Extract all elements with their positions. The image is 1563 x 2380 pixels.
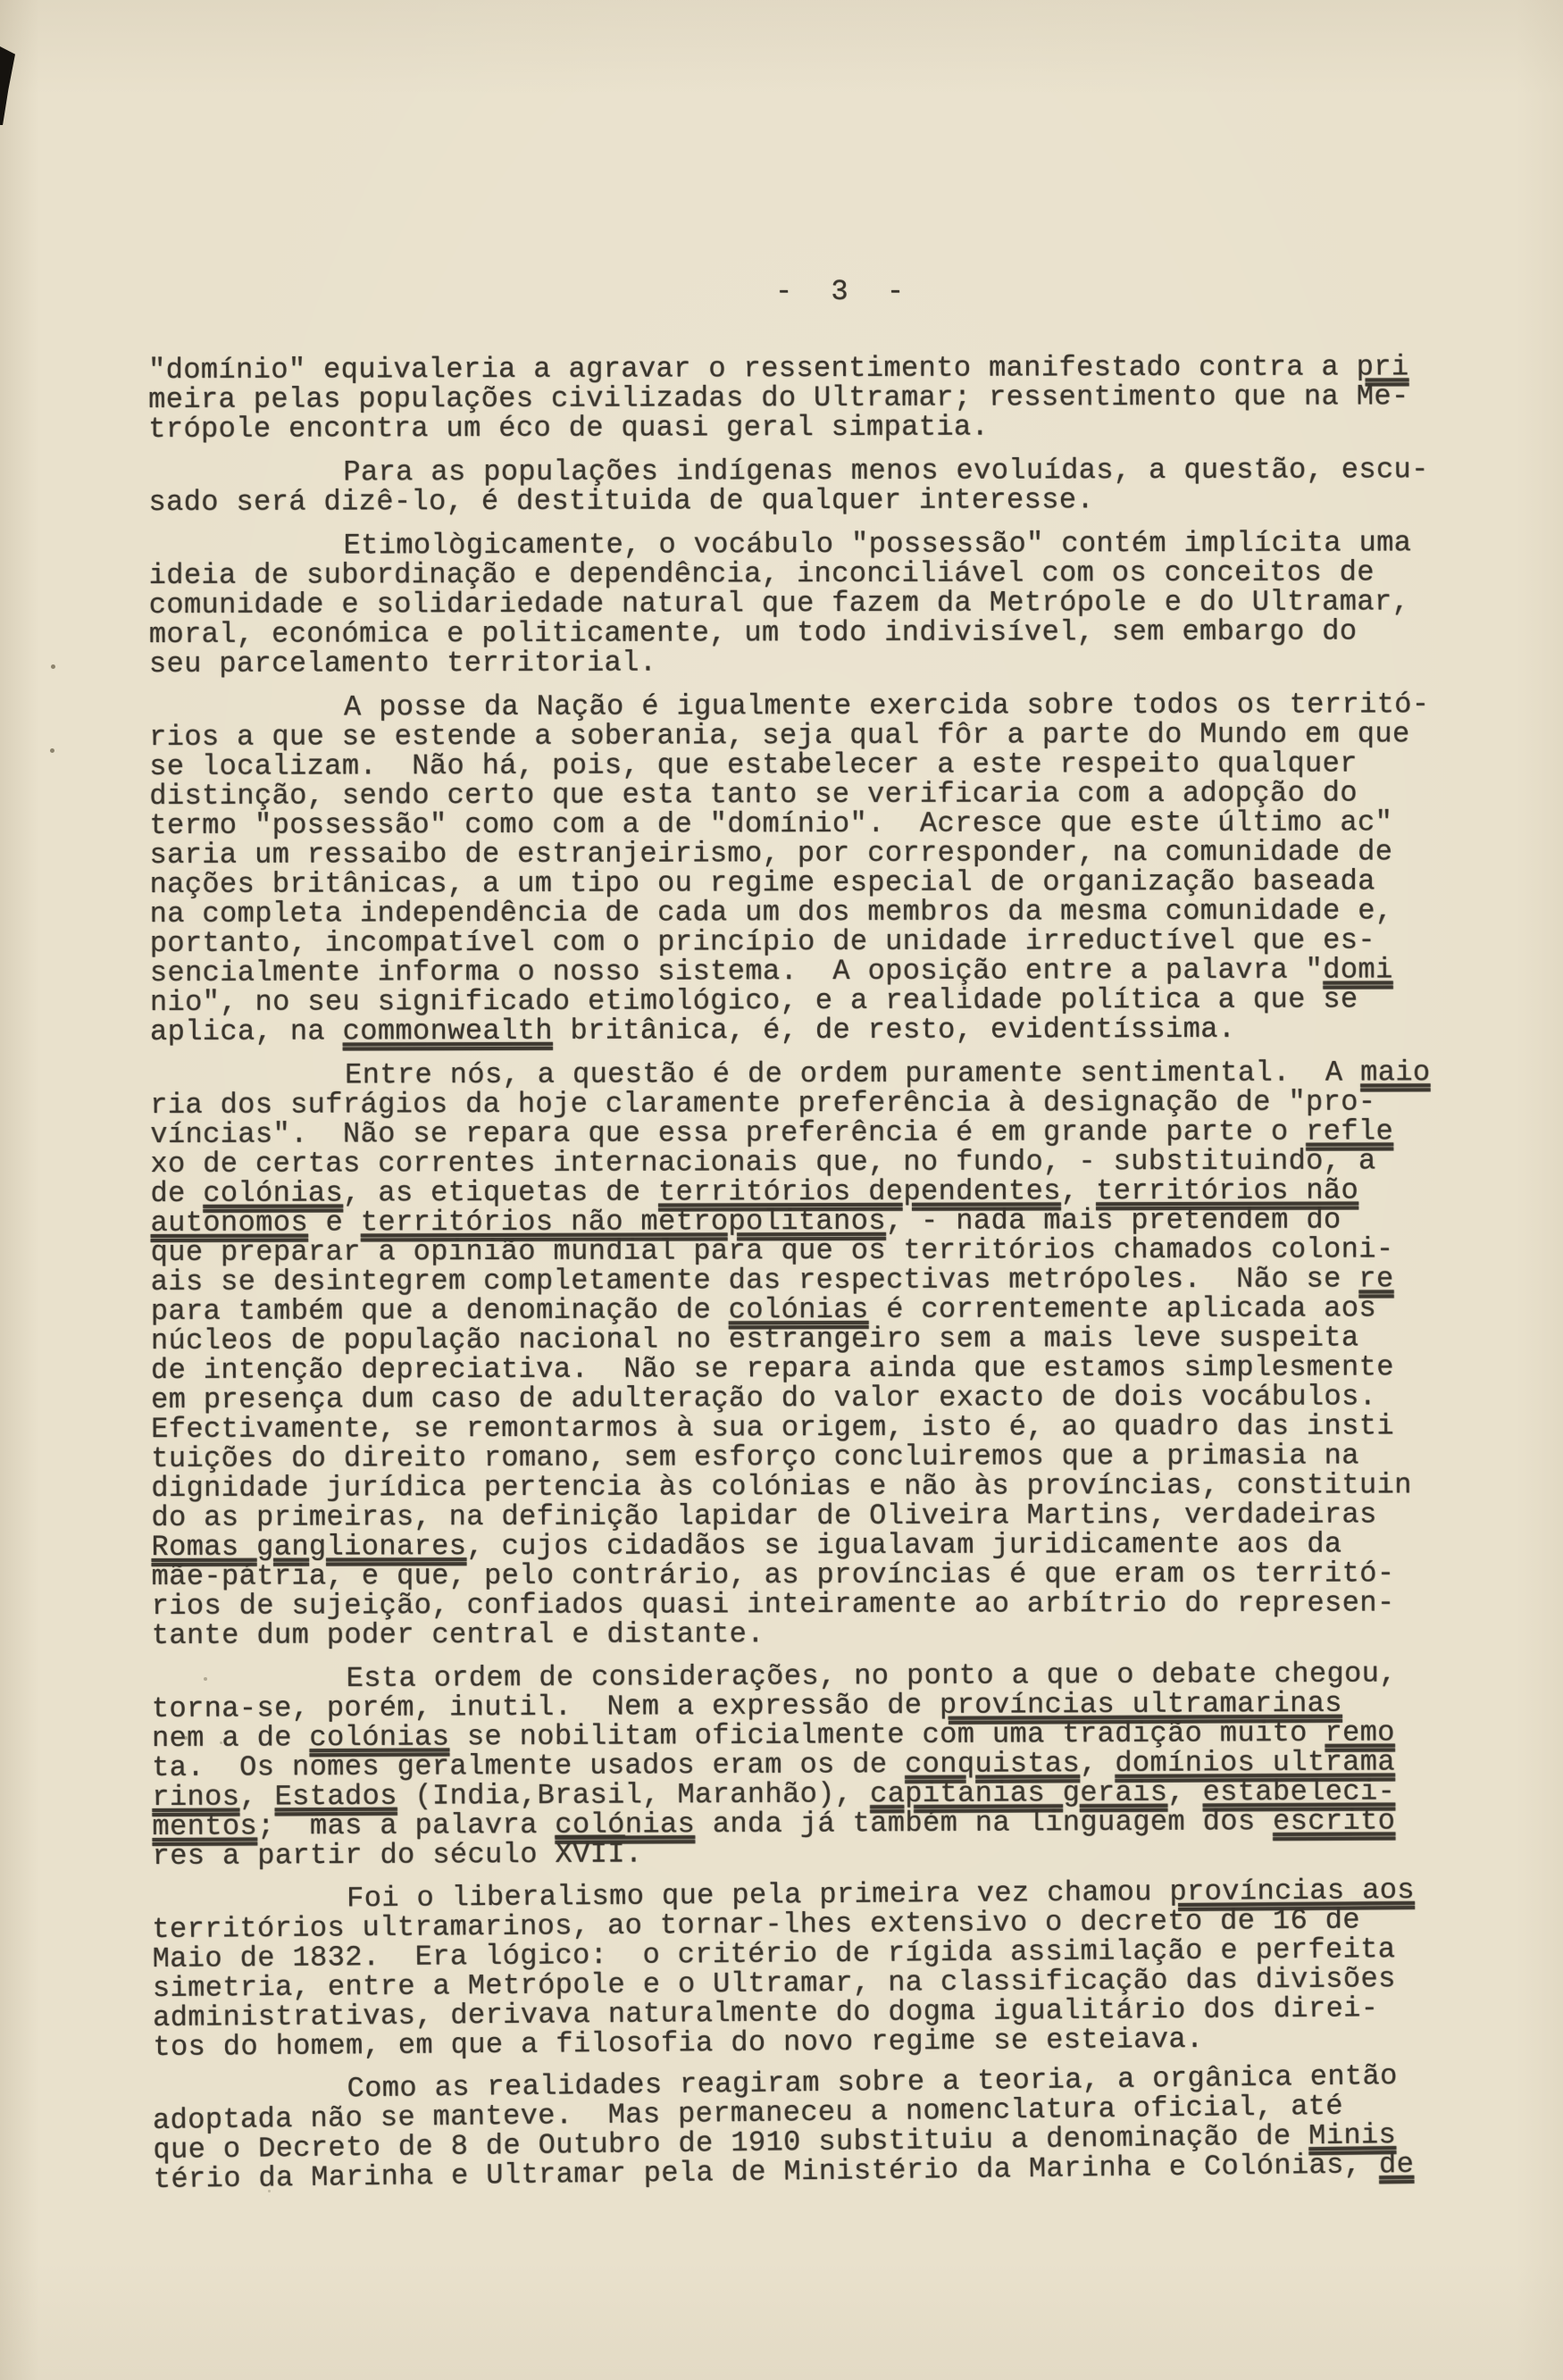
text-line: aplica, na commonwealth britânica, é, de…	[150, 1014, 1427, 1047]
paragraph: Para as populações indígenas menos evolu…	[148, 455, 1425, 517]
text-line: Para as populações indígenas menos evolu…	[148, 455, 1425, 488]
underlined-text: colónias	[203, 1176, 343, 1209]
underlined-text: refle	[1306, 1115, 1393, 1148]
overlined-text: XVII	[555, 1837, 625, 1870]
text-line: tante dum poder central e distante.	[152, 1617, 1429, 1650]
text-line: trópole encontra um éco de quasi geral s…	[148, 411, 1425, 444]
document-text: "domínio" equivaleria a agravar o ressen…	[148, 352, 1430, 2194]
paragraph: A posse da Nação é igualmente exercida s…	[149, 689, 1427, 1047]
underlined-text: de	[1379, 2148, 1415, 2181]
underlined-text: rinos	[152, 1781, 239, 1814]
paragraph: Etimològicamente, o vocábulo "possessão"…	[149, 528, 1426, 679]
underlined-text: Estados	[274, 1780, 397, 1814]
underlined-text: commonwealth	[343, 1015, 553, 1048]
text-line: sado será dizê-lo, é destituida de qualq…	[148, 484, 1425, 517]
text-line: res a partir do século XVII.	[153, 1835, 1430, 1871]
paragraph: "domínio" equivaleria a agravar o ressen…	[148, 352, 1425, 444]
paragraph: Como as realidades reagiram sobre a teor…	[152, 2061, 1431, 2194]
underlined-text: mentos	[152, 1809, 257, 1843]
text-line: moral, económica e politicamente, um tod…	[149, 616, 1426, 649]
paragraph: Entre nós, a questão é de ordem purament…	[150, 1057, 1429, 1650]
underlined-text: colónias	[555, 1808, 695, 1841]
text-line: tos do homem, em que a filosofia do novo…	[153, 2023, 1430, 2062]
underlined-text: autonomos	[150, 1207, 308, 1240]
text-line: mentos; mas a palavra colónias anda já t…	[152, 1806, 1429, 1841]
paragraph: Foi o liberalismo que pela primeira vez …	[152, 1875, 1431, 2062]
text-line: meira pelas populações civilizadas do Ul…	[148, 381, 1425, 414]
underlined-text: re	[1358, 1262, 1393, 1295]
scanned-page: - 3 - "domínio" equivaleria a agravar o …	[0, 0, 1563, 2380]
text-line: seu parcelamento territorial.	[149, 646, 1426, 679]
underlined-text: escrito	[1273, 1804, 1395, 1838]
text-line: nio", no seu significado etimológico, e …	[150, 984, 1427, 1017]
underlined-text: domi	[1323, 953, 1393, 986]
page-number: - 3 -	[775, 275, 915, 308]
text-line: rios de sujeição, confiados quasi inteir…	[152, 1588, 1429, 1621]
underlined-text: pri	[1357, 350, 1409, 383]
underlined-text: maio	[1360, 1056, 1431, 1089]
underlined-text: colónias	[729, 1293, 869, 1326]
scan-speck	[50, 748, 54, 753]
scan-corner-mark	[0, 46, 15, 125]
underlined-text: remo	[1325, 1716, 1395, 1749]
underlined-text: colónias	[309, 1720, 449, 1754]
paragraph: Esta ordem de considerações, no ponto a …	[152, 1658, 1430, 1871]
underlined-text: territórios não	[1096, 1173, 1358, 1207]
scan-speck	[51, 664, 55, 669]
